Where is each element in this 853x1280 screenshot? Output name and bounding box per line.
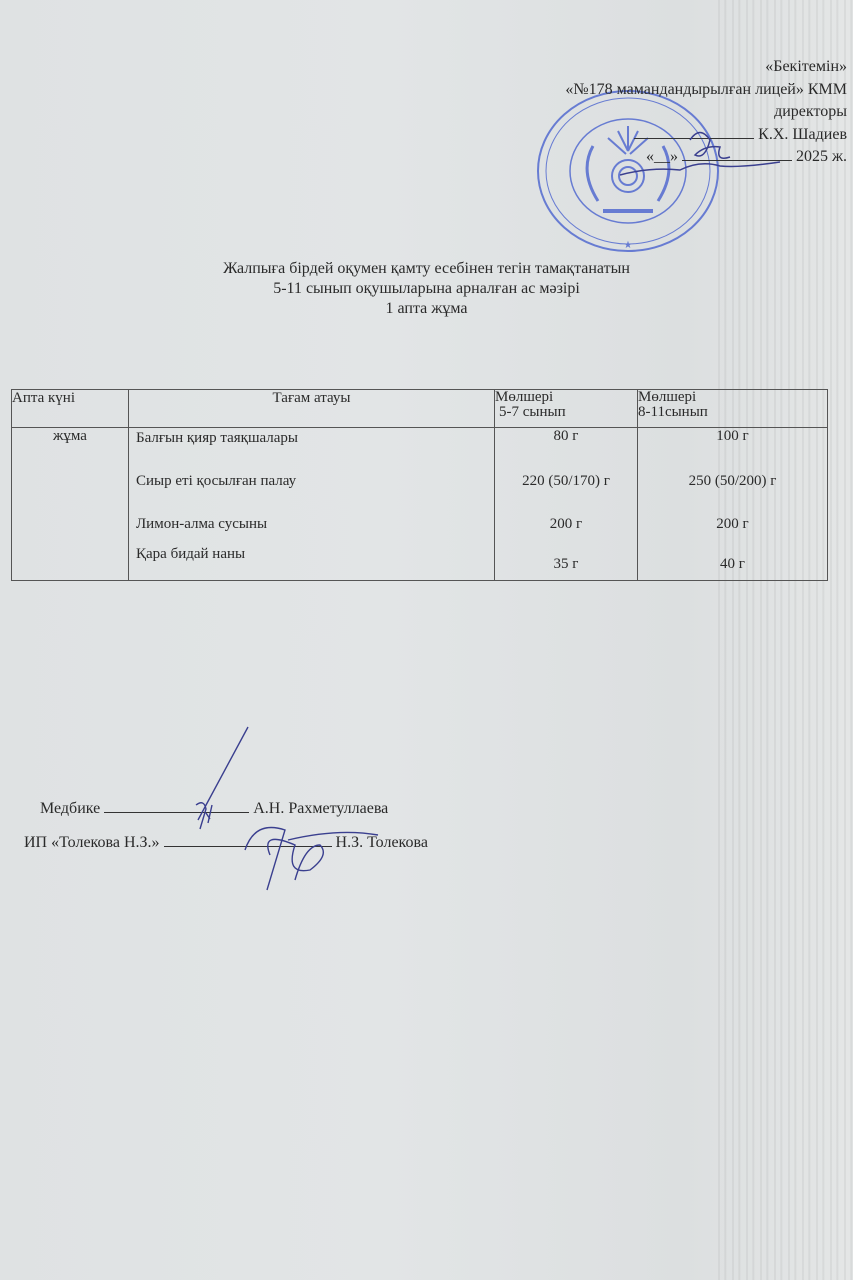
dish-item: Лимон-алма сусыны: [136, 516, 494, 533]
qty-5-7-list: 80 г 220 (50/170) г 200 г 35 г: [495, 428, 637, 580]
nurse-signature-row: Медбике А.Н. Рахметуллаева: [40, 792, 428, 826]
approval-block: «Бекітемін» «№178 мамандандырылған лицей…: [565, 56, 847, 169]
title-line-2: 5-11 сынып оқушыларына арналған ас мәзір…: [0, 279, 853, 299]
dish-cell: Балғын қияр таяқшалары Сиыр еті қосылған…: [129, 428, 495, 581]
header-dish: Тағам атауы: [129, 390, 495, 428]
signature-blank: [634, 124, 754, 139]
table-row: жұма Балғын қияр таяқшалары Сиыр еті қос…: [12, 428, 828, 581]
dish-item: Сиыр еті қосылған палау: [136, 473, 494, 490]
supplier-signature-row: ИП «Толекова Н.З.» Н.З. Толекова: [24, 826, 428, 860]
qty-8-11-cell: 100 г 250 (50/200) г 200 г 40 г: [638, 428, 828, 581]
qty-item: 220 (50/170) г: [495, 473, 637, 490]
qty-5-7-cell: 80 г 220 (50/170) г 200 г 35 г: [495, 428, 638, 581]
header-qty-5-7: Мөлшері 5-7 сынып: [495, 390, 638, 428]
title-line-3: 1 апта жұма: [0, 299, 853, 319]
header-qty-8-11-label: Мөлшері: [638, 390, 827, 405]
dish-item: Балғын қияр таяқшалары: [136, 430, 494, 447]
nurse-signature-blank: [104, 798, 249, 813]
svg-text:★: ★: [624, 240, 633, 251]
qty-item: 200 г: [638, 516, 827, 533]
qty-item: 250 (50/200) г: [638, 473, 827, 490]
approval-heading: «Бекітемін»: [565, 56, 847, 79]
nurse-name: А.Н. Рахметуллаева: [253, 800, 388, 817]
header-qty-8-11: Мөлшері 8-11сынып: [638, 390, 828, 428]
supplier-signature-blank: [164, 832, 332, 847]
day-cell: жұма: [12, 428, 129, 581]
supplier-role: ИП «Толекова Н.З.»: [24, 834, 160, 851]
date-year: 2025 ж.: [796, 148, 847, 165]
paper-texture: [713, 0, 853, 1280]
qty-8-11-list: 100 г 250 (50/200) г 200 г 40 г: [638, 428, 827, 580]
header-day: Апта күні: [12, 390, 129, 428]
header-qty-8-11-grade: 8-11сынып: [638, 405, 827, 420]
approval-director-name: К.Х. Шадиев: [565, 124, 847, 147]
title-line-1: Жалпыға бірдей оқумен қамту есебінен тег…: [0, 259, 853, 279]
approval-organization: «№178 мамандандырылған лицей» КММ: [565, 79, 847, 102]
document-title: Жалпыға бірдей оқумен қамту есебінен тег…: [0, 259, 853, 319]
nurse-role: Медбике: [40, 800, 100, 817]
approval-date: «__» 2025 ж.: [565, 146, 847, 169]
date-month-blank: [682, 146, 792, 161]
signature-block: Медбике А.Н. Рахметуллаева ИП «Толекова …: [40, 792, 428, 860]
dish-list: Балғын қияр таяқшалары Сиыр еті қосылған…: [129, 428, 494, 580]
qty-item: 35 г: [495, 556, 637, 573]
director-name: К.Х. Шадиев: [758, 126, 847, 143]
header-qty-5-7-grade: 5-7 сынып: [495, 405, 637, 420]
date-day: «__»: [646, 148, 678, 165]
table-header-row: Апта күні Тағам атауы Мөлшері 5-7 сынып …: [12, 390, 828, 428]
qty-item: 80 г: [495, 428, 637, 445]
dish-item: Қара бидай наны: [136, 546, 494, 563]
header-qty-5-7-label: Мөлшері: [495, 390, 637, 405]
qty-item: 200 г: [495, 516, 637, 533]
qty-item: 100 г: [638, 428, 827, 445]
qty-item: 40 г: [638, 556, 827, 573]
supplier-name: Н.З. Толекова: [336, 834, 428, 851]
menu-table: Апта күні Тағам атауы Мөлшері 5-7 сынып …: [11, 389, 828, 581]
approval-position: директоры: [565, 101, 847, 124]
